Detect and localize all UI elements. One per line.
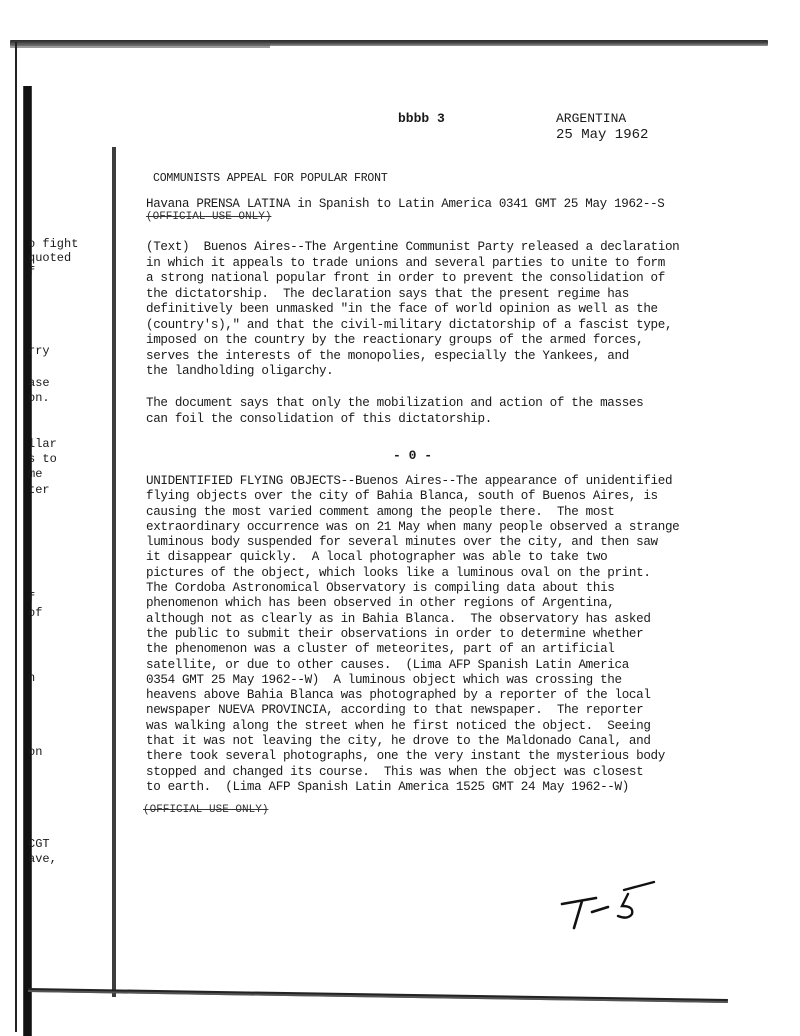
margin-text-fragment: quoted [28, 252, 71, 265]
margin-text-fragment: me [28, 468, 42, 481]
text-line: heavens above Bahia Blanca was photograp… [146, 688, 679, 703]
article-title-communists-appeal: COMMUNISTS APPEAL FOR POPULAR FRONT [153, 172, 388, 185]
margin-text-fragment: on [28, 746, 42, 759]
section-separator: - 0 - [393, 448, 432, 463]
margin-text-fragment: ave, [28, 853, 57, 866]
margin-text-fragment: of [28, 607, 42, 620]
article1-paragraph1: (Text) Buenos Aires--The Argentine Commu… [146, 240, 679, 380]
article2-ufo-report: UNIDENTIFIED FLYING OBJECTS--Buenos Aire… [146, 474, 679, 795]
text-line: extraordinary occurrence was on 21 May w… [146, 520, 679, 535]
text-line: the public to submit their observations … [146, 627, 679, 642]
text-line: 0354 GMT 25 May 1962--W) A luminous obje… [146, 673, 679, 688]
text-line: the landholding oligarchy. [146, 364, 679, 380]
margin-text-fragment: f [28, 592, 35, 605]
text-line: a strong national popular front in order… [146, 271, 679, 287]
scan-left-border-thin [15, 42, 17, 1032]
scan-left-border-thick [24, 86, 31, 1036]
margin-text-fragment: ase [28, 377, 50, 390]
text-line: UNIDENTIFIED FLYING OBJECTS--Buenos Aire… [146, 474, 679, 489]
text-line: phenomenon which has been observed in ot… [146, 596, 679, 611]
scanned-document-page: o fightquotedfrryaseon.llars tometerfofn… [0, 0, 800, 1036]
text-line: (country's)," and that the civil-militar… [146, 318, 679, 334]
text-line: The document says that only the mobiliza… [146, 396, 643, 412]
text-line: to earth. (Lima AFP Spanish Latin Americ… [146, 780, 679, 795]
margin-text-fragment: s to [28, 453, 57, 466]
text-line: (Text) Buenos Aires--The Argentine Commu… [146, 240, 679, 256]
article-source-line: Havana PRENSA LATINA in Spanish to Latin… [146, 197, 665, 211]
margin-text-fragment: o fight [28, 238, 78, 251]
handwritten-t5-mark [558, 876, 678, 936]
text-line: The Cordoba Astronomical Observatory is … [146, 581, 679, 596]
text-line: can foil the consolidation of this dicta… [146, 412, 643, 428]
text-line: definitively been unmasked "in the face … [146, 302, 679, 318]
margin-text-fragment: ter [28, 484, 50, 497]
text-line: although not as clearly as in Bahia Blan… [146, 612, 679, 627]
text-line: the dictatorship. The declaration says t… [146, 287, 679, 303]
article1-paragraph2: The document says that only the mobiliza… [146, 396, 643, 427]
margin-text-fragment: CGT [28, 838, 50, 851]
handwritten-annotation [558, 876, 678, 936]
text-line: pictures of the object, which looks like… [146, 566, 679, 581]
text-line: there took several photographs, one the … [146, 749, 679, 764]
margin-text-fragment: f [28, 266, 35, 279]
text-line: stopped and changed its course. This was… [146, 765, 679, 780]
text-line: luminous body suspended for several minu… [146, 535, 679, 550]
struck-classification-note: (OFFICIAL USE ONLY) [146, 211, 271, 223]
text-line: that it was not leaving the city, he dro… [146, 734, 679, 749]
adjacent-page-edge [112, 147, 116, 997]
struck-classification-note-2: (OFFICIAL USE ONLY) [143, 804, 268, 816]
margin-text-fragment: n [28, 672, 35, 685]
text-line: newspaper NUEVA PROVINCIA, according to … [146, 703, 679, 718]
text-line: in which it appeals to trade unions and … [146, 256, 679, 272]
text-line: it disappear quickly. A local photograph… [146, 550, 679, 565]
margin-text-fragment: on. [28, 392, 50, 405]
document-date: 25 May 1962 [556, 127, 648, 143]
scan-top-edge-shadow [10, 44, 270, 48]
text-line: imposed on the country by the reactionar… [146, 333, 679, 349]
document-country: ARGENTINA [556, 111, 626, 126]
document-id: bbbb 3 [398, 111, 445, 126]
text-line: satellite, or due to other causes. (Lima… [146, 658, 679, 673]
text-line: the phenomenon was a cluster of meteorit… [146, 642, 679, 657]
text-line: causing the most varied comment among th… [146, 505, 679, 520]
margin-text-fragment: llar [28, 438, 57, 451]
text-line: flying objects over the city of Bahia Bl… [146, 489, 679, 504]
margin-text-fragment: rry [28, 345, 50, 358]
text-line: was walking along the street when he fir… [146, 719, 679, 734]
text-line: serves the interests of the monopolies, … [146, 349, 679, 365]
